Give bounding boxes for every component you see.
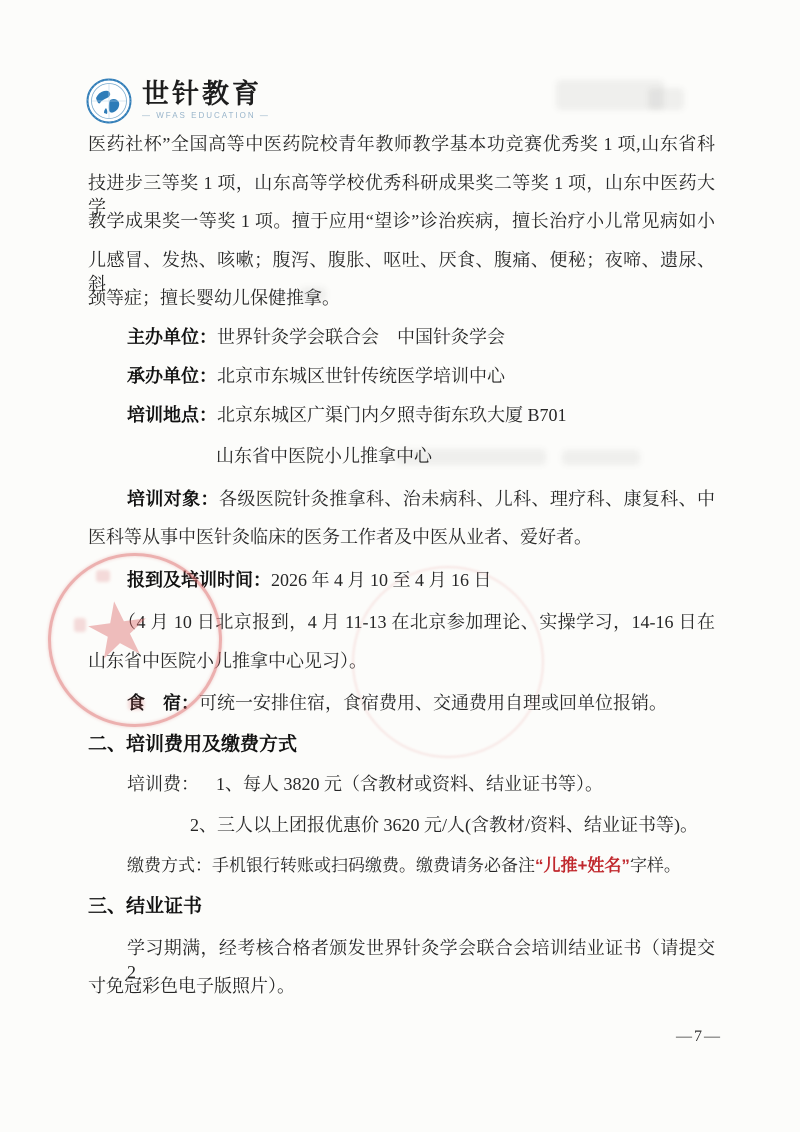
intro-line: 医药社杯”全国高等中医药院校青年教师教学基本功竞赛优秀奖 1 项,山东省科: [88, 132, 715, 156]
stamp-mark: [128, 698, 144, 710]
stamp-mark: [96, 570, 110, 582]
audience-value: 各级医院针灸推拿科、治未病科、儿科、理疗科、康复科、中: [219, 489, 715, 509]
bleedthrough-smudge: [300, 287, 326, 302]
bleedthrough-smudge: [396, 449, 546, 465]
time-note2: 山东省中医院小儿推拿中心见习）。: [88, 649, 367, 673]
section-certificate-heading: 三、结业证书: [88, 895, 202, 919]
section-fees-heading: 二、培训费用及缴费方式: [88, 733, 297, 757]
co-organizer-value: 北京市东城区世针传统医学培训中心: [217, 366, 505, 386]
bleedthrough-smudge: [648, 88, 684, 110]
time-note1: （4 月 10 日北京报到，4 月 11-13 在北京参加理论、实操学习，14-…: [118, 610, 715, 634]
bleedthrough-smudge: [562, 450, 640, 465]
logo: 世针教育 — WFAS EDUCATION —: [86, 78, 270, 124]
intro-line: 教学成果奖一等奖 1 项。擅于应用“望诊”诊治疾病，擅长治疗小儿常见病如小: [88, 209, 715, 233]
audience-row: 培训对象：各级医院针灸推拿科、治未病科、儿科、理疗科、康复科、中: [127, 487, 715, 511]
organizer-value: 世界针灸学会联合会 中国针灸学会: [217, 327, 505, 347]
faint-stamp-ring: [352, 566, 544, 758]
document-page: 世针教育 — WFAS EDUCATION — 医药社杯”全国高等中医药院校青年…: [0, 0, 800, 1132]
co-organizer-row: 承办单位：北京市东城区世针传统医学培训中心: [127, 364, 505, 388]
logo-title: 世针教育: [142, 80, 270, 108]
time-row: 报到及培训时间：2026 年 4 月 10 至 4 月 16 日: [127, 568, 492, 592]
fee-row1: 培训费：1、每人 3820 元（含教材或资料、结业证书等）。: [127, 772, 603, 796]
payment-row: 缴费方式：手机银行转账或扫码缴费。缴费请务必备注“儿推+姓名”字样。: [127, 854, 681, 878]
payment-highlight: “儿推+姓名”: [535, 856, 630, 875]
organizer-row: 主办单位：世界针灸学会联合会 中国针灸学会: [127, 325, 505, 349]
co-organizer-label: 承办单位：: [127, 366, 217, 386]
payment-text: 手机银行转账或扫码缴费。缴费请务必备注: [212, 856, 535, 875]
fee-item2: 2、三人以上团报优惠价 3620 元/人(含教材/资料、结业证书等)。: [190, 813, 698, 837]
board-row: 食 宿：可统一安排住宿，食宿费用、交通费用自理或回单位报销。: [127, 691, 667, 715]
venue-label: 培训地点：: [127, 405, 217, 425]
stamp-mark: [74, 618, 86, 632]
payment-label: 缴费方式：: [127, 856, 212, 875]
fee-item1: 1、每人 3820 元（含教材或资料、结业证书等）。: [216, 774, 603, 794]
time-value: 2026 年 4 月 10 至 4 月 16 日: [271, 570, 492, 590]
logo-subtitle: — WFAS EDUCATION —: [142, 111, 270, 120]
audience-label: 培训对象：: [127, 489, 219, 509]
audience-value2: 医科等从事中医针灸临床的医务工作者及中医从业者、爱好者。: [88, 525, 592, 549]
time-label: 报到及培训时间：: [127, 570, 271, 590]
wfas-globe-icon: [86, 78, 132, 124]
payment-tail: 字样。: [630, 856, 681, 875]
page-number: —7—: [676, 1028, 722, 1046]
certificate-line2: 寸免冠彩色电子版照片）。: [88, 974, 295, 998]
board-value: 可统一安排住宿，食宿费用、交通费用自理或回单位报销。: [199, 693, 667, 713]
venue-value: 北京东城区广渠门内夕照寺街东玖大厦 B701: [217, 405, 567, 425]
fee-label: 培训费：: [127, 774, 199, 794]
venue-row: 培训地点：北京东城区广渠门内夕照寺街东玖大厦 B701: [127, 403, 567, 427]
organizer-label: 主办单位：: [127, 327, 217, 347]
